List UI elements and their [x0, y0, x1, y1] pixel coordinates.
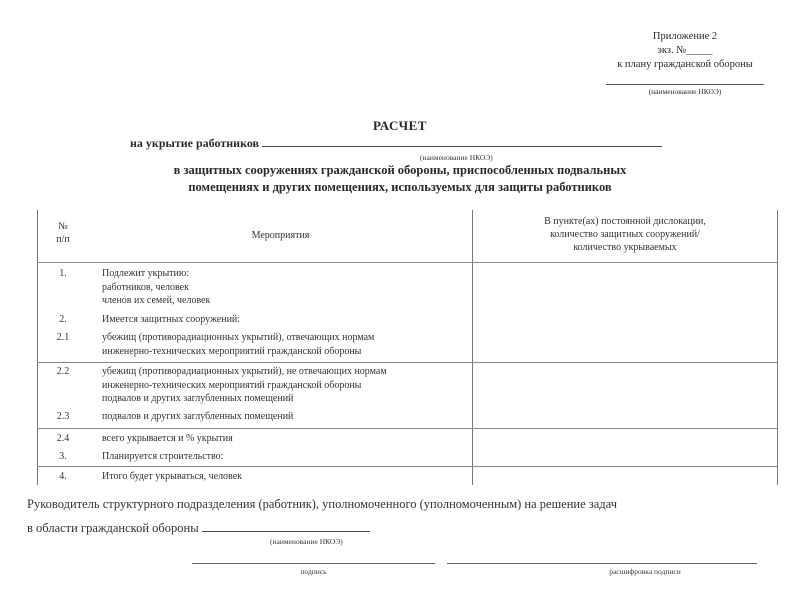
signature-decryption-field[interactable]	[447, 563, 757, 564]
signature-decryption-caption: расшифровка подписи	[520, 567, 770, 576]
column-header-location: В пункте(ах) постоянной дислокации, коли…	[473, 215, 777, 254]
column-header-location-line1: В пункте(ах) постоянной дислокации,	[473, 215, 777, 228]
row-value-cell[interactable]	[477, 470, 772, 483]
column-header-location-line3: количество укрываемых	[473, 241, 777, 254]
row-value-cell[interactable]	[477, 365, 772, 378]
row-measure-line: инженерно-технических мероприятий гражда…	[102, 379, 467, 393]
appendix-number: Приложение 2	[590, 30, 780, 44]
row-measure-line: инженерно-технических мероприятий гражда…	[102, 345, 467, 359]
row-value-cell[interactable]	[477, 450, 772, 463]
subheading: в защитных сооружениях гражданской оборо…	[0, 162, 800, 196]
row-measure-line: Планируется строительство:	[102, 450, 467, 464]
row-number: 2.4	[37, 432, 89, 446]
row-number: 2.1	[37, 331, 89, 345]
subtitle-caption: (наименование НКОЭ)	[420, 153, 493, 162]
footer-line-2: в области гражданской обороны	[27, 519, 370, 536]
row-number: 4.	[37, 470, 89, 484]
row-measure-line: убежищ (противорадиационных укрытий), от…	[102, 331, 467, 345]
row-measure: Подлежит укрытию:работников, человекчлен…	[102, 267, 467, 308]
row-measure-line: Подлежит укрытию:	[102, 267, 467, 281]
document-title: РАСЧЕТ	[0, 118, 800, 134]
signature-field[interactable]	[192, 563, 435, 564]
row-number: 2.2	[37, 365, 89, 379]
table-border-right	[777, 210, 778, 485]
org-name-caption: (наименование НКОЭ)	[590, 87, 780, 97]
row-number: 2.3	[37, 410, 89, 424]
plan-reference: к плану гражданской обороны	[590, 58, 780, 72]
signature-caption: подпись	[192, 567, 435, 576]
row-number: 2.	[37, 313, 89, 327]
table-row-divider	[37, 428, 777, 429]
row-measure: убежищ (противорадиационных укрытий), не…	[102, 365, 467, 406]
footer-org-caption: (наименование НКОЭ)	[270, 537, 343, 546]
shelter-calculation-table: № п/п Мероприятия В пункте(ах) постоянно…	[37, 210, 777, 485]
row-measure: убежищ (противорадиационных укрытий), от…	[102, 331, 467, 358]
column-header-number-line1: №	[37, 220, 89, 233]
row-value-cell[interactable]	[477, 313, 772, 326]
subtitle-prefix: на укрытие работников	[130, 136, 259, 150]
table-header-divider	[37, 262, 777, 263]
copy-number: экз. №_____	[590, 44, 780, 58]
row-value-cell[interactable]	[477, 331, 772, 344]
row-measure-line: Имеется защитных сооружений:	[102, 313, 467, 327]
row-value-cell[interactable]	[477, 267, 772, 280]
table-row-divider	[37, 362, 777, 363]
org-name-field-title[interactable]	[262, 136, 662, 147]
row-number: 1.	[37, 267, 89, 281]
column-header-number: № п/п	[37, 220, 89, 246]
row-measure: Планируется строительство:	[102, 450, 467, 464]
table-row-divider	[37, 466, 777, 467]
row-value-cell[interactable]	[477, 410, 772, 423]
footer-line-1: Руководитель структурного подразделения …	[27, 497, 617, 512]
column-header-number-line2: п/п	[37, 233, 89, 246]
row-measure-line: убежищ (противорадиационных укрытий), не…	[102, 365, 467, 379]
column-header-location-line2: количество защитных сооружений/	[473, 228, 777, 241]
footer-line-2-text: в области гражданской обороны	[27, 521, 199, 535]
appendix-block: Приложение 2 экз. №_____ к плану граждан…	[590, 30, 780, 97]
row-measure-line: подвалов и других заглубленных помещений	[102, 410, 467, 424]
subtitle-row: на укрытие работников	[130, 136, 662, 151]
row-measure: Имеется защитных сооружений:	[102, 313, 467, 327]
column-header-measures: Мероприятия	[89, 229, 472, 242]
row-measure-line: всего укрывается и % укрытия	[102, 432, 467, 446]
subheading-line-2: помещениях и других помещениях, использу…	[0, 179, 800, 196]
row-measure-line: работников, человек	[102, 281, 467, 295]
row-value-cell[interactable]	[477, 432, 772, 445]
row-measure-line: членов их семей, человек	[102, 294, 467, 308]
row-measure-line: Итого будет укрываться, человек	[102, 470, 467, 484]
row-measure: Итого будет укрываться, человек	[102, 470, 467, 484]
row-measure: подвалов и других заглубленных помещений	[102, 410, 467, 424]
row-measure-line: подвалов и других заглубленных помещений	[102, 392, 467, 406]
row-measure: всего укрывается и % укрытия	[102, 432, 467, 446]
subheading-line-1: в защитных сооружениях гражданской оборо…	[0, 162, 800, 179]
footer-org-name-field[interactable]	[202, 519, 370, 532]
org-name-field[interactable]	[606, 78, 764, 85]
row-number: 3.	[37, 450, 89, 464]
